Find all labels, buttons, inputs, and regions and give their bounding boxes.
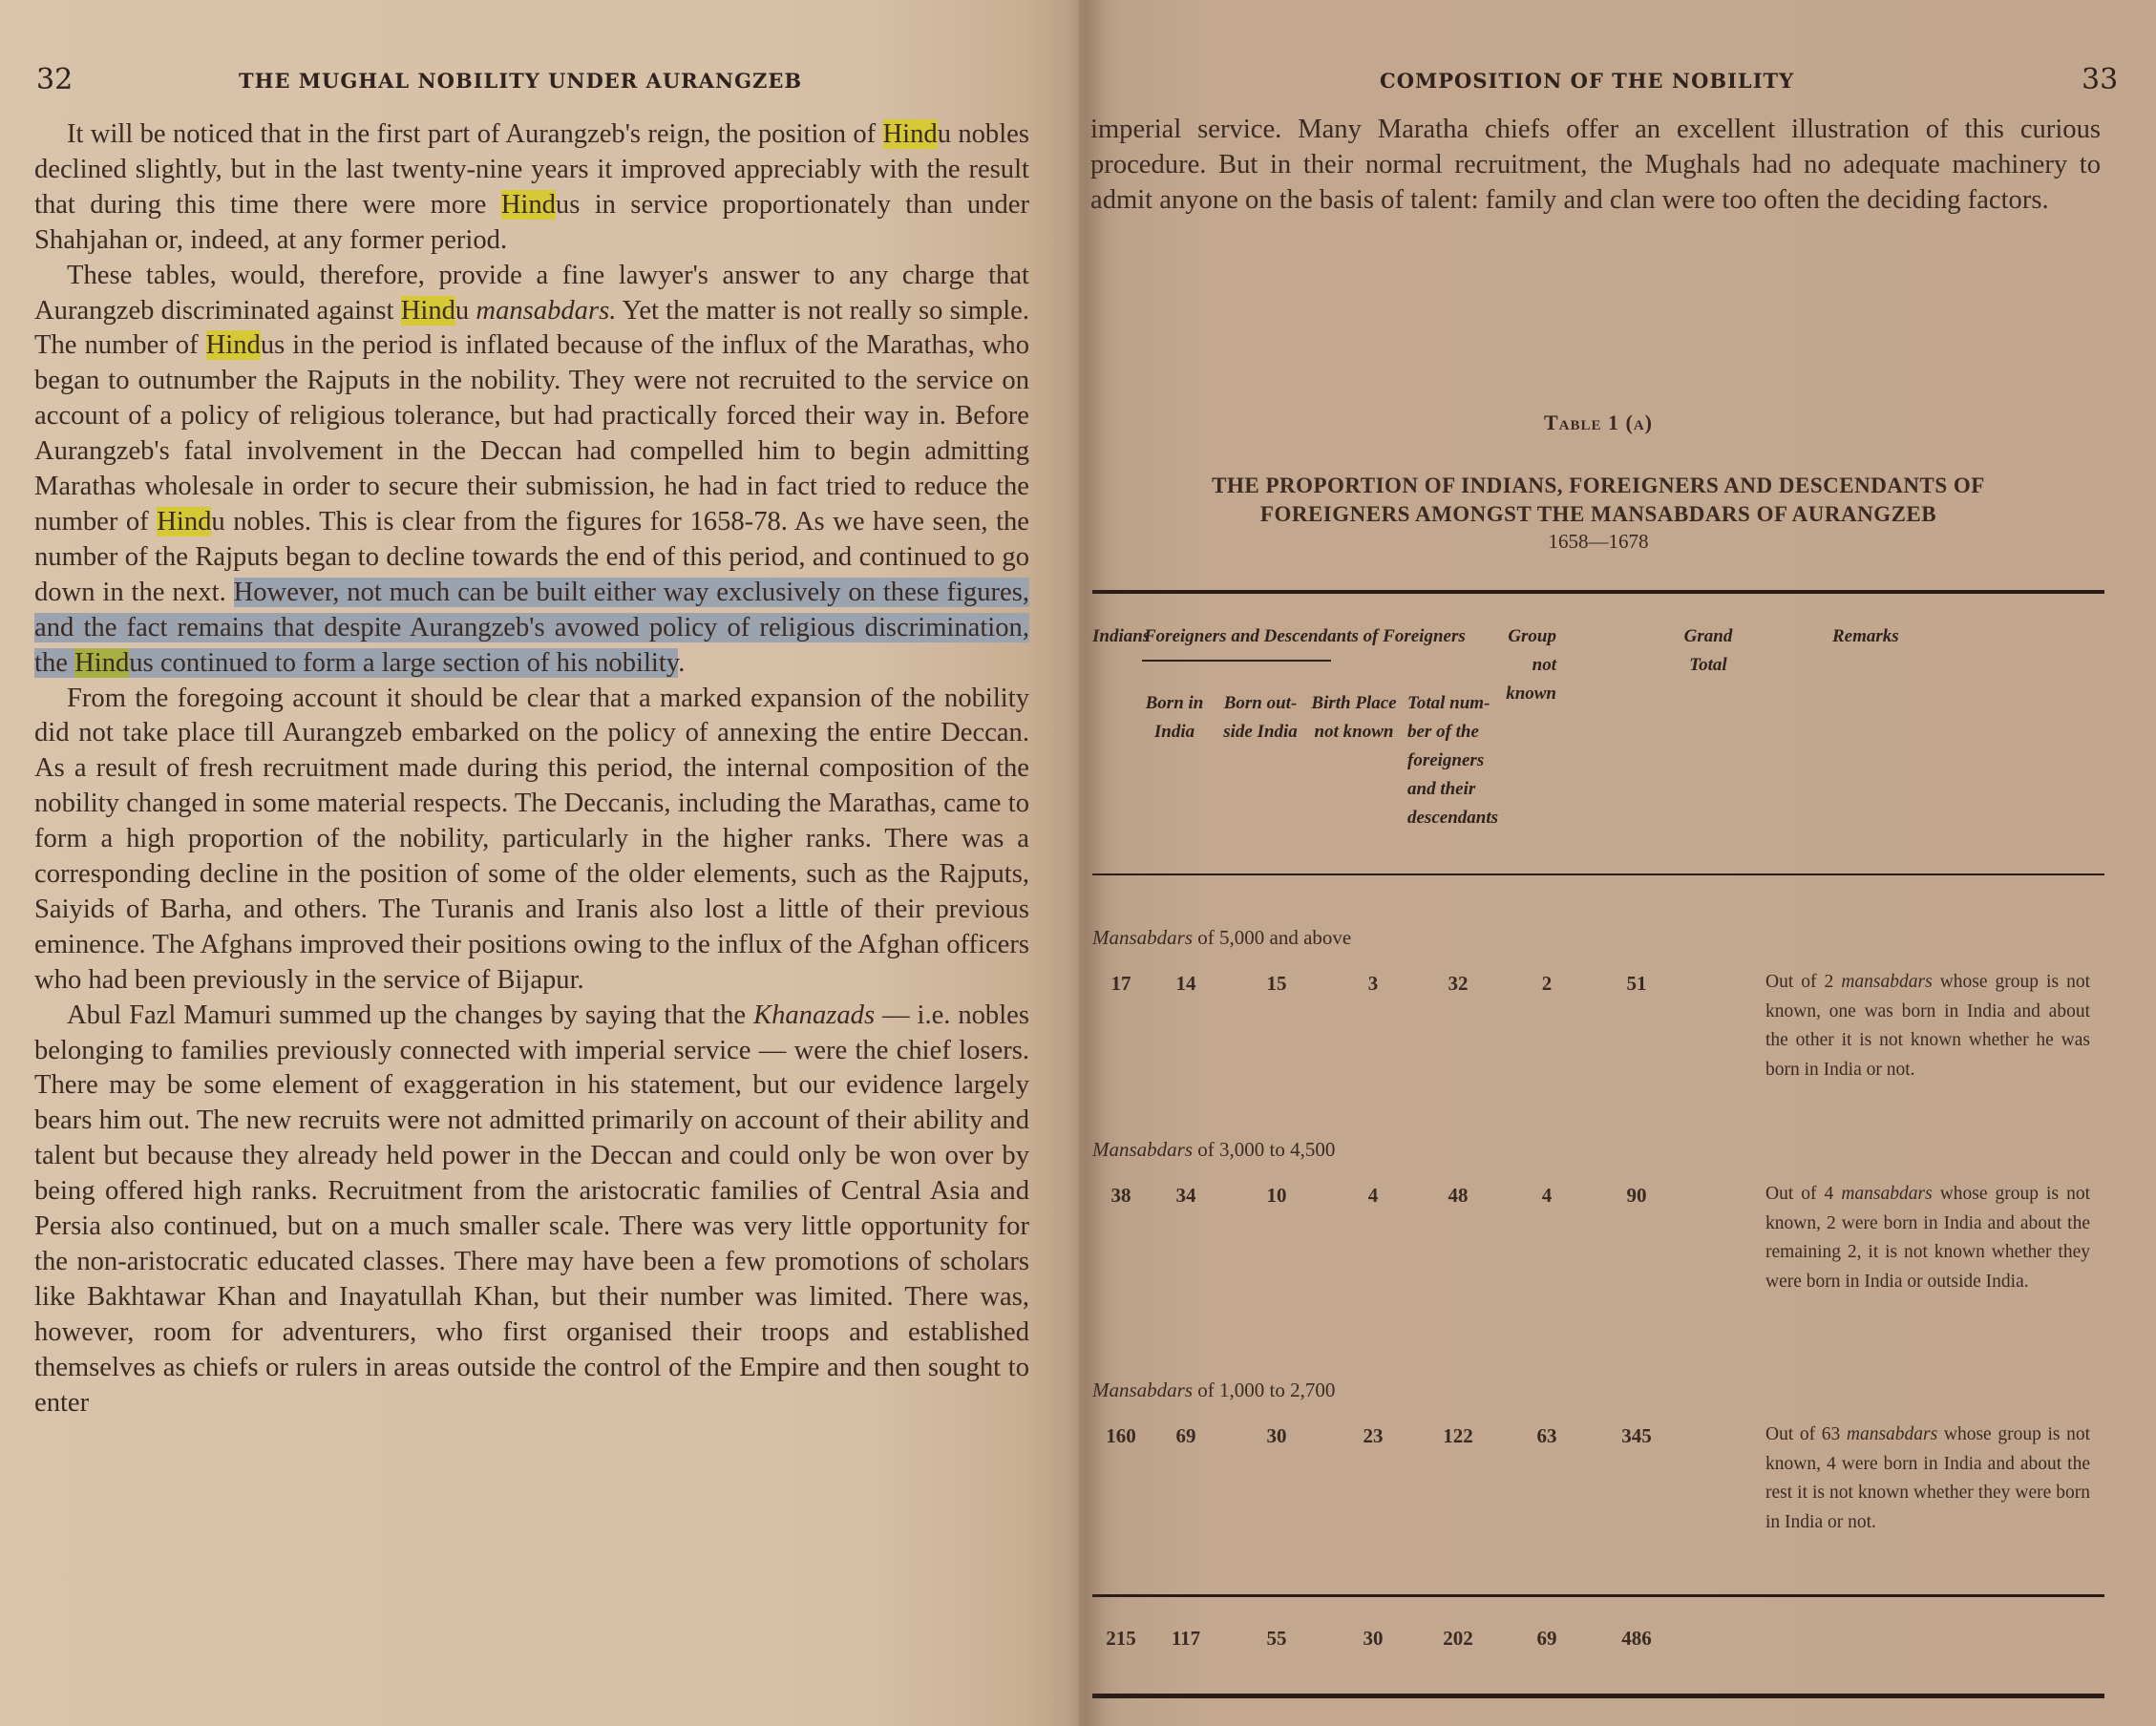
paragraph[interactable]: These tables, would, therefore, provide … (34, 259, 1029, 682)
highlighted-text: Hind (501, 190, 556, 220)
table-title-line: FOREIGNERS AMONGST THE MANSABDARS OF AUR… (1092, 500, 2104, 529)
totals-top-rule (1092, 1594, 2104, 1597)
total-group-not-known: 69 (1518, 1627, 1575, 1651)
highlighted-text: Hind (74, 648, 129, 678)
right-body-text[interactable]: imperial service. Many Maratha chiefs of… (1090, 113, 2101, 219)
header-indians: Indians (1092, 622, 1150, 651)
running-head-right: COMPOSITION OF THE NOBILITY (1380, 69, 1794, 93)
page-number-right: 33 (2082, 63, 2118, 96)
cell-indians: 38 (1092, 1184, 1150, 1208)
cell-indians: 17 (1092, 972, 1150, 996)
table-title: THE PROPORTION OF INDIANS, FOREIGNERS AN… (1092, 472, 2104, 529)
cell-born-outside: 30 (1248, 1424, 1305, 1448)
highlighted-text: Hind (883, 119, 938, 149)
text-segment: — i.e. nobles belonging to families prev… (34, 1000, 1029, 1418)
total-grand-total: 486 (1608, 1627, 1665, 1651)
total-birth-unknown: 30 (1344, 1627, 1402, 1651)
cell-born-in-india: 14 (1157, 972, 1215, 996)
total-born-outside: 55 (1248, 1627, 1305, 1651)
cell-total-foreigners: 48 (1429, 1184, 1487, 1208)
table-bottom-rule (1092, 1694, 2104, 1698)
header-grand-total: Grand Total (1675, 622, 1742, 680)
text-segment: . (678, 648, 685, 678)
page-number-left: 32 (36, 63, 73, 96)
header-bottom-rule (1092, 874, 2104, 875)
cell-total-foreigners: 122 (1429, 1424, 1487, 1448)
text-segment: From the foregoing account it should be … (34, 684, 1029, 995)
total-born-in-india: 117 (1157, 1627, 1215, 1651)
data-table: Table 1 (a) THE PROPORTION OF INDIANS, F… (1092, 410, 2104, 554)
cell-remarks: Out of 63 mansabdars whose group is not … (1765, 1421, 2090, 1537)
header-birth-place-unknown: Birth Place not known (1304, 689, 1404, 747)
header-foreigners-group: Foreigners and Descendants of Foreigners (1144, 622, 1466, 651)
left-page: 32 THE MUGHAL NOBILITY UNDER AURANGZEB I… (0, 0, 1079, 1726)
header-born-in-india: Born in India (1140, 689, 1209, 747)
table-label: Table 1 (a) (1092, 410, 2104, 435)
cell-remarks: Out of 4 mansabdars whose group is not k… (1765, 1180, 2090, 1296)
table-years: 1658—1678 (1092, 529, 2104, 554)
left-body-text[interactable]: It will be noticed that in the first par… (34, 117, 1029, 1421)
paragraph[interactable]: Abul Fazl Mamuri summed up the changes b… (34, 999, 1029, 1421)
cell-total-foreigners: 32 (1429, 972, 1487, 996)
highlighted-text: Hind (401, 296, 455, 326)
header-span-rule (1142, 660, 1331, 662)
highlighted-text: us continued to form a large section of … (129, 648, 678, 678)
cell-born-outside: 15 (1248, 972, 1305, 996)
cell-grand-total: 51 (1608, 972, 1665, 996)
cell-birth-unknown: 3 (1344, 972, 1402, 996)
highlighted-text: Hind (206, 330, 261, 360)
cell-remarks: Out of 2 mansabdars whose group is not k… (1765, 968, 2090, 1084)
table-title-line: THE PROPORTION OF INDIANS, FOREIGNERS AN… (1092, 472, 2104, 500)
text-segment: u (455, 296, 476, 326)
header-remarks: Remarks (1832, 622, 1899, 651)
text-segment: us in the period is inflated because of … (34, 330, 1029, 537)
paragraph[interactable]: From the foregoing account it should be … (34, 682, 1029, 999)
cell-born-outside: 10 (1248, 1184, 1305, 1208)
group-title: Mansabdars of 1,000 to 2,700 (1092, 1379, 1335, 1402)
cell-birth-unknown: 23 (1344, 1424, 1402, 1448)
cell-group-not-known: 2 (1518, 972, 1575, 996)
cell-born-in-india: 69 (1157, 1424, 1215, 1448)
table-top-rule (1092, 590, 2104, 594)
header-total-foreigners: Total num- ber of the foreigners and the… (1407, 689, 1512, 832)
cell-indians: 160 (1092, 1424, 1150, 1448)
running-head-left: THE MUGHAL NOBILITY UNDER AURANGZEB (239, 69, 802, 93)
cell-grand-total: 90 (1608, 1184, 1665, 1208)
cell-birth-unknown: 4 (1344, 1184, 1402, 1208)
book-spread: 32 THE MUGHAL NOBILITY UNDER AURANGZEB I… (0, 0, 2156, 1726)
text-segment: It will be noticed that in the first par… (67, 119, 883, 149)
total-foreigners: 202 (1429, 1627, 1487, 1651)
group-title: Mansabdars of 5,000 and above (1092, 926, 1351, 950)
text-segment: mansabdars. (476, 296, 616, 326)
cell-group-not-known: 4 (1518, 1184, 1575, 1208)
paragraph[interactable]: It will be noticed that in the first par… (34, 117, 1029, 259)
text-segment: Abul Fazl Mamuri summed up the changes b… (67, 1000, 753, 1030)
paragraph[interactable]: imperial service. Many Maratha chiefs of… (1090, 113, 2101, 219)
cell-grand-total: 345 (1608, 1424, 1665, 1448)
cell-group-not-known: 63 (1518, 1424, 1575, 1448)
text-segment: Khanazads (753, 1000, 875, 1030)
right-page: COMPOSITION OF THE NOBILITY 33 imperial … (1079, 0, 2156, 1726)
total-indians: 215 (1092, 1627, 1150, 1651)
cell-born-in-india: 34 (1157, 1184, 1215, 1208)
group-title: Mansabdars of 3,000 to 4,500 (1092, 1138, 1335, 1162)
highlighted-text: Hind (157, 507, 211, 537)
header-born-outside-india: Born out- side India (1215, 689, 1306, 747)
